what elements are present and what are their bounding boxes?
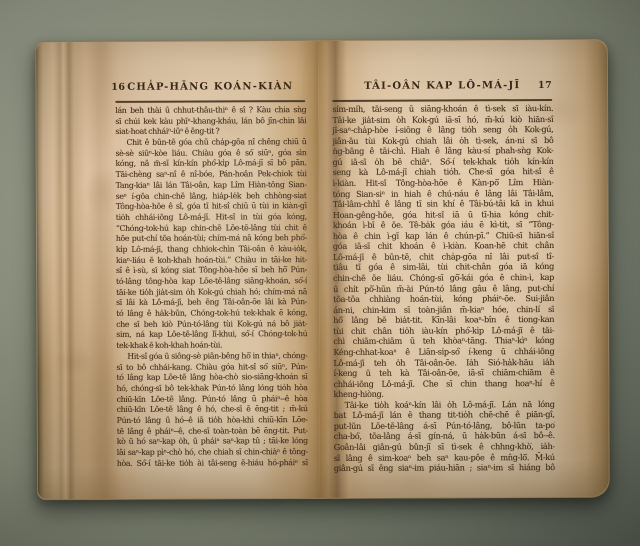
text-line: Tang-kiaⁿ lâi lán Tâi-oân, kap Lîm Hiàn-… <box>116 180 307 192</box>
text-line: Goân-lâi giân-gú bûn-jī sī tì-sek ê chhn… <box>334 441 555 453</box>
text-line: chiū-kīn Lōe-tē lâng ê hó, che-sī ē ēng-… <box>117 404 308 416</box>
text-line: ì-kiàn. Hit-sî Tông-hòa-hōe ê Kàn-pō͘ Lî… <box>333 177 554 189</box>
text-line: góa iā-sī chit khoán ê ì-kiàn. Koan-hē c… <box>333 240 554 252</box>
text-line: chhái-iōng Lô-má-jī. Che sī chin thang h… <box>333 378 554 390</box>
text-line: hó, chóng-sī bô tek-khak Pún-tó lâng lón… <box>116 383 307 395</box>
text-line: Tông-hòa-hōe ê sî, góa tī hit-sî chiū ū … <box>116 201 307 213</box>
text-line: Hit-sî góa ū siông-sè piān-bêng hō͘ in t… <box>116 351 307 363</box>
text-line: seⁿ í-gōa chin-chē lâng, hia̍p-le̍k beh … <box>116 191 307 203</box>
photo-backdrop: 16 CHA̍P-HĀNG KOÁN-KIÀN lán beh thài ū c… <box>0 0 640 546</box>
text-line: tek-khak ē koh-khah hoán-tùi. <box>116 340 307 352</box>
text-line: lán beh thài ū chhut-thâu-thiⁿ ê sî ? Kà… <box>115 105 306 117</box>
text-line: kóng, nā m̄-sī kín-kín phó͘-ki̍p Lô-má-j… <box>116 159 307 171</box>
text-line: tó-lâng tông-hòa kap Lōe-tē-lâng siāng-k… <box>116 276 307 288</box>
text-line: Tāi-chèng saⁿ-nî ê nî-bóe, Pán-hoân Pek-… <box>116 169 307 181</box>
text-line: chiū-kīn Lōe-tē lâng. Pún-tó lâng ū phái… <box>117 394 308 406</box>
left-page-text: lán beh thài ū chhut-thâu-thiⁿ ê sî ? Kà… <box>115 105 308 469</box>
left-running-head: 16 CHA̍P-HĀNG KOÁN-KIÀN <box>115 81 305 97</box>
right-page-text: sím-mi̍h, tāi-seng ū siāng-khoán ê tì-se… <box>332 103 555 474</box>
text-line: tōa-tōa chhiàng hoán-tùi, kóng pháiⁿ-ōe.… <box>333 293 554 305</box>
text-line: tio̍h chhái-iōng Lô-má-jī. Hit-sî in tùi… <box>116 212 307 224</box>
text-line: sim, ná kap Lōe-tē-lâng lī-khui, só͘-í C… <box>116 330 307 342</box>
open-book: 16 CHA̍P-HĀNG KOÁN-KIÀN lán beh thài ū c… <box>35 39 610 500</box>
text-line: sè-sè siūⁿ-kòe liáu. Chiàu góa ê só͘ siū… <box>115 148 306 160</box>
text-line: hōe put-chí tōa hoán-tùi; chím-má nā kón… <box>116 233 307 245</box>
text-line: bat Lô-má-jī lán ē thang tit-tio̍h chē-c… <box>334 409 555 421</box>
text-line: í-keng ū teh kà Tâi-oân-ōe, iā-sī chiām-… <box>333 367 554 379</box>
text-line: tó lâng kap Lōe-tē lâng hòa-chò sio-siān… <box>116 372 307 384</box>
right-running-head: TÂI-OÂN KAP LÔ-MÁ-JĪ 17 <box>332 80 552 96</box>
text-line: sī to bô chhái-kang. Chiàu góa hit-sî só… <box>116 362 307 374</box>
text-line: ki̍p Lô-má-jī, thang chhiok-chìn Tâi-oân… <box>116 244 307 256</box>
text-line: Chit ê būn-tē góa chū cha̍p-gōa nî chêng… <box>115 137 306 149</box>
text-line: giân-gú sī ēng siaⁿ-im piáu-hiān ; siaⁿ-… <box>334 462 555 474</box>
text-line: Tâi-lâm-chhī ê lâng tī sin khí ê Tâi-bú-… <box>333 198 554 210</box>
text-line: hō͘ lâng bē bia̍t-tit. Kīn-lâi koaⁿ-bîn … <box>333 314 554 326</box>
text-line: chin-chē ōe liáu. Chóng-sī gō͘-kái góa ê… <box>333 272 554 284</box>
text-line: tāi-ke tio̍h jia̍t-sim o̍h Kok-gú chiah … <box>116 287 307 299</box>
text-line: ǹg-bāng ê tāi-chì. Hiah ê lâng kàu-sí ph… <box>332 145 553 157</box>
text-line: khoán ì-bī ê ōe. Tê-ba̍k góa iáu ē kì-ti… <box>333 219 554 231</box>
left-running-title: CHA̍P-HĀNG KOÁN-KIÀN <box>115 81 305 93</box>
text-line: jī-saⁿ-cha̍p-hòe í-siōng ê lâng tio̍h se… <box>332 124 553 136</box>
text-line: Kéng-chhat-koaⁿ ê Liān-si̍p-só͘ í-keng ū… <box>333 346 554 358</box>
text-line: kiaⁿ-liáu ē koh-khah hoán-tùi.” Chiàu in… <box>116 255 307 267</box>
right-running-title: TÂI-OÂN KAP LÔ-MÁ-JĪ <box>332 80 552 92</box>
text-line: hòa. Só͘-í tāi-ke tio̍h ài tāi-seng ē-hi… <box>117 458 308 470</box>
text-line: tē lâng ê pháiⁿ--ê, che-sī toàn-toàn bē … <box>117 426 308 438</box>
text-line: Pún-tó lâng ū hó--ê iā tio̍h hòa-khì chi… <box>117 415 308 427</box>
text-line: lâi saⁿ-kap pìⁿ-chò hó, che chiah sī chi… <box>117 447 308 459</box>
text-line: tó lâng ê ha̍k-būn, Chóng-tok-hú tek-kha… <box>116 308 307 320</box>
text-line: sī chúi kek kàu phīⁿ-khang-kháu, lán bô … <box>115 116 306 128</box>
text-line: che sī beh kiò Pún-tó-lâng tùi Kok-gú ná… <box>116 319 307 331</box>
text-line: “Chóng-tok-hú kap chin-chē Lōe-tē-lâng t… <box>116 223 307 235</box>
text-line: siat-hoat chháiⁿ-iūⁿ ē ēng-tit ? <box>115 126 306 138</box>
text-line: sî ê ì-sù, sī kóng siat Tông-hòa-hōe sī … <box>116 265 307 277</box>
right-page-number: 17 <box>538 80 552 91</box>
text-line: sī lâi kà Lô-má-jī, beh ēng Tâi-oân-ōe l… <box>116 297 307 309</box>
text-line: kò ū hó saⁿ-kap o̍h, ū pháiⁿ saⁿ-kap tû … <box>117 436 308 448</box>
text-line: sím-mi̍h, tāi-seng ū siāng-khoán ê tì-se… <box>332 103 553 115</box>
